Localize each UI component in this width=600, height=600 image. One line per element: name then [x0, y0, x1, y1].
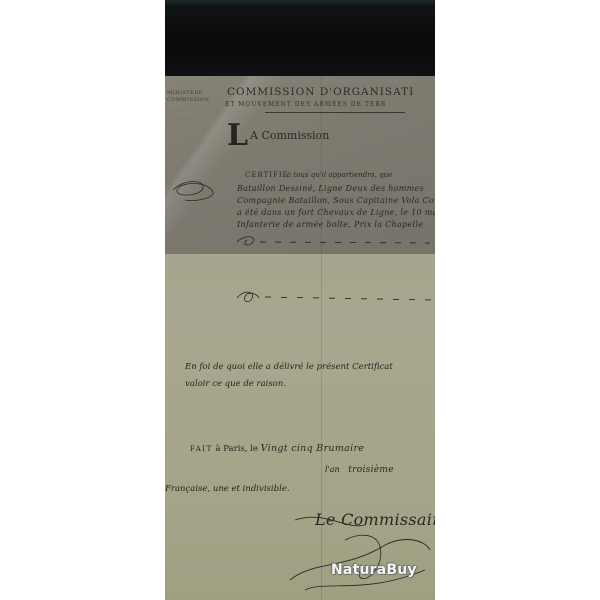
- fait-date: Vingt cinq Brumaire: [261, 443, 365, 454]
- drop-cap: L: [227, 118, 248, 153]
- margin-line: COMMISSION: [167, 97, 209, 104]
- margin-line: · · · · ·: [167, 109, 186, 116]
- margin-line: · · · · · ·: [167, 116, 190, 123]
- en-foi-text: En foi de quoi elle a délivré le présent…: [185, 362, 393, 372]
- valoir-text: valoir ce que de raison.: [185, 379, 286, 389]
- dashed-flourish-line: [235, 288, 435, 308]
- header-title: COMMISSION D'ORGANISATI: [227, 86, 414, 98]
- document-photo: MINISTÈRE COMMISSION · · · · · · · · · ·…: [165, 0, 435, 600]
- certifie-label: CERTIFIE: [245, 171, 289, 179]
- header-rule: [265, 112, 405, 113]
- handwritten-line: Bataillon Dessiné, Ligne Deux des hommes: [237, 184, 424, 193]
- naturabuy-watermark: NaturaBuy: [331, 562, 417, 578]
- margin-line: MINISTÈRE: [167, 90, 203, 97]
- lan-year: troisième: [348, 465, 394, 475]
- commission-label: A Commission: [250, 129, 329, 142]
- dashed-flourish-line: [235, 232, 435, 252]
- fait-line: FAIT à Paris, le Vingt cinq Brumaire: [190, 443, 364, 454]
- republic-text: Française, une et indivisible.: [165, 484, 290, 494]
- fait-text: à Paris, le: [215, 444, 257, 454]
- certifie-text: à tous qu'il appartiendra, que: [287, 171, 392, 179]
- handwritten-line: Infanterie de armée boîte, Prix la Chape…: [237, 220, 423, 229]
- dark-background: [165, 0, 435, 76]
- fait-caps: FAIT: [190, 445, 213, 453]
- handwritten-line: Compagnie Bataillon, Sous Capitaine Vola…: [237, 196, 435, 205]
- header-subtitle: ET MOUVEMENT DES ARMÉES DE TERR: [225, 101, 386, 108]
- lan-label: l'an: [325, 465, 340, 474]
- margin-line: · · · · · ·: [167, 123, 190, 130]
- margin-flourish: [165, 150, 225, 210]
- handwritten-line: a été dans un fort Chevaux de Ligne, le …: [237, 208, 435, 217]
- signature-flourish: [285, 500, 435, 600]
- lan-line: l'an troisième: [325, 465, 394, 475]
